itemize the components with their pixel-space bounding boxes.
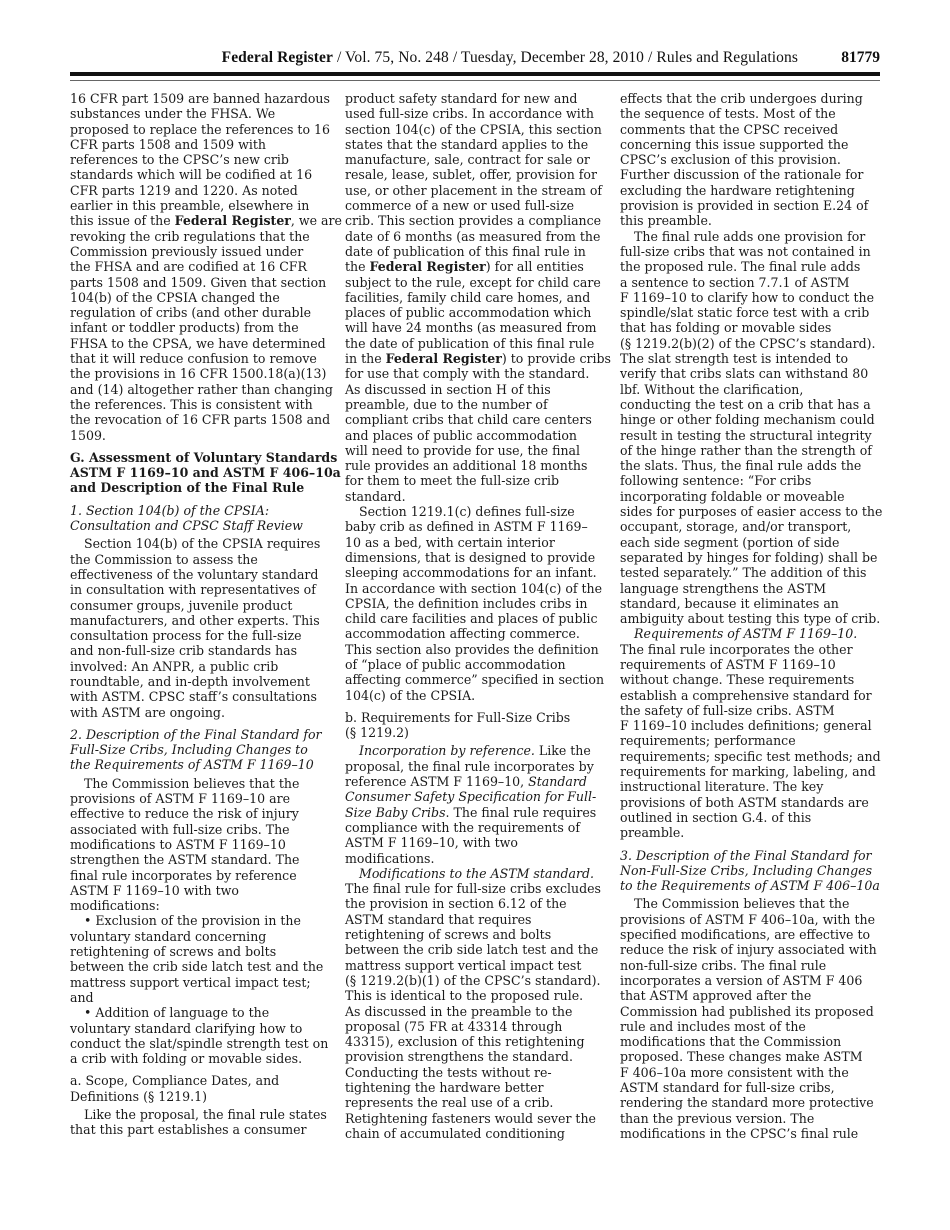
text-line: incorporating foldable or moveable [620, 489, 882, 504]
text-line: Consumer Safety Specification for Full- [345, 789, 607, 804]
text-line: commerce of a new or used full-size [345, 198, 607, 213]
text-line: lbf. Without the clarification, [620, 382, 882, 397]
running-header: Federal Register / Vol. 75, No. 248 / Tu… [70, 49, 880, 69]
federal-register-ref: Federal Register [386, 351, 502, 366]
paragraph-cfr-references: 16 CFR part 1509 are banned hazardoussub… [70, 91, 332, 443]
subsection-heading-2: 2. Description of the Final Standard for… [70, 727, 332, 773]
text-line: Full-Size Cribs, Including Changes to [70, 742, 332, 757]
text-line: spindle/slat static force test with a cr… [620, 305, 882, 320]
text-line: for them to meet the full-size crib [345, 473, 607, 488]
text-line: The final rule incorporates the other [620, 642, 882, 657]
header-rule-thin [70, 80, 880, 81]
text-line: requirements of ASTM F 1169–10 [620, 657, 882, 672]
text-line: The Commission believes that the [70, 776, 332, 791]
text-line: 10 as a bed, with certain interior [345, 535, 607, 550]
run-in-heading: Incorporation by reference. [359, 743, 535, 758]
text-line: Like the proposal, the final rule states [70, 1107, 332, 1122]
text-line: and non-full-size crib standards has [70, 643, 332, 658]
text-line: 1. Section 104(b) of the CPSIA: [70, 503, 332, 518]
text-line: Conducting the tests without re- [345, 1065, 607, 1080]
text-line: affecting commerce” specified in section [345, 672, 607, 687]
text-line: earlier in this preamble, elsewhere in [70, 198, 332, 213]
paragraph-requirements-f1169: Requirements of ASTM F 1169–10. The fina… [620, 626, 882, 840]
issue-date: Tuesday, December 28, 2010 [461, 49, 644, 66]
text-line: reference ASTM F 1169–10, Standard [345, 774, 607, 789]
text-line: requirements; specific test methods; and [620, 749, 882, 764]
federal-register-ref: Federal Register [370, 259, 486, 274]
paragraph-commission-believes: The Commission believes that theprovisio… [70, 776, 332, 914]
text-line: a. Scope, Compliance Dates, and [70, 1073, 332, 1088]
column-3: effects that the crib undergoes duringth… [620, 91, 882, 1141]
text-line: mattress support vertical impact test [345, 958, 607, 973]
text-line: voluntary standard clarifying how to [70, 1021, 332, 1036]
text-line: the references. This is consistent with [70, 397, 332, 412]
text-line: modifications to ASTM F 1169–10 [70, 837, 332, 852]
text-line: compliant cribs that child care centers [345, 412, 607, 427]
text-line: the provisions in 16 CFR 1500.18(a)(13) [70, 366, 332, 381]
text-line: As discussed in the preamble to the [345, 1004, 607, 1019]
text-line: and (14) altogether rather than changing [70, 382, 332, 397]
text-line: Section 1219.1(c) defines full-size [345, 504, 607, 519]
text-line: references to the CPSC’s new crib [70, 152, 332, 167]
text-line: subject to the rule, except for child ca… [345, 275, 607, 290]
text-line: proposed to replace the references to 16 [70, 122, 332, 137]
text-line: establish a comprehensive standard for [620, 688, 882, 703]
paragraph-modifications: Modifications to the ASTM standard. The … [345, 866, 607, 1141]
text-line: to the Requirements of ASTM F 406–10a [620, 878, 882, 893]
text-line: verify that cribs slats can withstand 80 [620, 366, 882, 381]
paragraph-section-104b: Section 104(b) of the CPSIA requiresthe … [70, 536, 332, 720]
text-line: In accordance with section 104(c) of the [345, 581, 607, 596]
text-line: The slat strength test is intended to [620, 351, 882, 366]
text-line: rule and includes most of the [620, 1019, 882, 1034]
text-line: the Requirements of ASTM F 1169–10 [70, 757, 332, 772]
text-line: result in testing the structural integri… [620, 428, 882, 443]
text-line: sleeping accommodations for an infant. [345, 565, 607, 580]
text-line: sides for purposes of easier access to t… [620, 504, 882, 519]
text-line: ASTM standard that requires [345, 912, 607, 927]
text-line: Non-Full-Size Cribs, Including Changes [620, 863, 882, 878]
text-line: the provision in section 6.12 of the [345, 896, 607, 911]
text-line: reduce the risk of injury associated wit… [620, 942, 882, 957]
text-line: and Description of the Final Rule [70, 480, 332, 495]
section-name: Rules and Regulations [656, 49, 798, 66]
text-line: the slats. Thus, the final rule adds the [620, 458, 882, 473]
text-line: the FHSA and are codified at 16 CFR [70, 259, 332, 274]
text-line: Retightening fasteners would sever the [345, 1111, 607, 1126]
text-line: proposal, the final rule incorporates by [345, 759, 607, 774]
text-line: effects that the crib undergoes during [620, 91, 882, 106]
text-line: comments that the CPSC received [620, 122, 882, 137]
text-line: ASTM F 1169–10 and ASTM F 406–10a [70, 465, 332, 480]
text-line: (§ 1219.2) [345, 725, 607, 740]
text-line: that this part establishes a consumer [70, 1122, 332, 1137]
text-line: compliance with the requirements of [345, 820, 607, 835]
text-line: strengthen the ASTM standard. The [70, 852, 332, 867]
paragraph-f406: The Commission believes that theprovisio… [620, 896, 882, 1141]
text-line: Requirements of ASTM F 1169–10. [620, 626, 882, 641]
text-line: preamble, due to the number of [345, 397, 607, 412]
column-1: 16 CFR part 1509 are banned hazardoussub… [70, 91, 332, 1138]
text-line: ambiguity about testing this type of cri… [620, 611, 882, 626]
text-line: provisions of ASTM F 1169–10 are [70, 791, 332, 806]
text-line: section 104(c) of the CPSIA, this sectio… [345, 122, 607, 137]
text-line: ASTM F 1169–10 with two [70, 883, 332, 898]
text-line: parts 1508 and 1509. Given that section [70, 275, 332, 290]
text-line: will have 24 months (as measured from [345, 320, 607, 335]
text-line: standard. [345, 489, 607, 504]
text-line: Commission previously issued under [70, 244, 332, 259]
subsection-heading-3: 3. Description of the Final Standard for… [620, 848, 882, 894]
text-line: • Exclusion of the provision in the [70, 913, 332, 928]
text-line: dimensions, that is designed to provide [345, 550, 607, 565]
text-line: provision is provided in section E.24 of [620, 198, 882, 213]
text-line: FHSA to the CPSA, we have determined [70, 336, 332, 351]
text-line: CPSIA, the definition includes cribs in [345, 596, 607, 611]
text-line: b. Requirements for Full-Size Cribs [345, 710, 607, 725]
text-line: modifications: [70, 898, 332, 913]
text-line: non-full-size cribs. The final rule [620, 958, 882, 973]
page-number: 81779 [841, 49, 880, 67]
text-line: between the crib side latch test and the [345, 942, 607, 957]
section-heading-g: G. Assessment of Voluntary StandardsASTM… [70, 450, 332, 496]
text-line: that has folding or movable sides [620, 320, 882, 335]
text-line: tested separately.” The addition of this [620, 565, 882, 580]
run-in-heading: Requirements of ASTM F 1169–10. [634, 626, 857, 641]
text-line: with ASTM. CPSC staff’s consultations [70, 689, 332, 704]
text-line: states that the standard applies to the [345, 137, 607, 152]
text-line: that it will reduce confusion to remove [70, 351, 332, 366]
text-line: in consultation with representatives of [70, 582, 332, 597]
text-line: (§ 1219.2(b)(2) of the CPSC’s standard). [620, 336, 882, 351]
text-line: Commission had published its proposed [620, 1004, 882, 1019]
text-line: requirements; performance [620, 733, 882, 748]
text-line: CFR parts 1219 and 1220. As noted [70, 183, 332, 198]
text-line: a crib with folding or movable sides. [70, 1051, 332, 1066]
text-line: this preamble. [620, 213, 882, 228]
text-line: and [70, 990, 332, 1005]
text-line: modifications in the CPSC’s final rule [620, 1126, 882, 1141]
text-line: effective to reduce the risk of injury [70, 806, 332, 821]
text-line: 3. Description of the Final Standard for [620, 848, 882, 863]
text-line: 43315), exclusion of this retightening [345, 1034, 607, 1049]
text-line: hinge or other folding mechanism could [620, 412, 882, 427]
text-line: conduct the slat/spindle strength test o… [70, 1036, 332, 1051]
text-line: mattress support vertical impact test; [70, 975, 332, 990]
text-line: and places of public accommodation [345, 428, 607, 443]
text-line: manufacture, sale, contract for sale or [345, 152, 607, 167]
text-line: F 1169–10 includes definitions; general [620, 718, 882, 733]
text-line: 16 CFR part 1509 are banned hazardous [70, 91, 332, 106]
text-line: occupant, storage, and/or transport, [620, 519, 882, 534]
text-line: final rule incorporates by reference [70, 868, 332, 883]
text-line: CPSC’s exclusion of this provision. [620, 152, 882, 167]
text-line: language strengthens the ASTM [620, 581, 882, 596]
text-line: the date of publication of this final ru… [345, 336, 607, 351]
text-line: The Commission believes that the [620, 896, 882, 911]
text-line: (§ 1219.2(b)(1) of the CPSC’s standard). [345, 973, 607, 988]
text-line: rule provides an additional 18 months [345, 458, 607, 473]
text-line: chain of accumulated conditioning [345, 1126, 607, 1141]
federal-register-ref: Federal Register [175, 213, 291, 228]
text-line: consultation process for the full-size [70, 628, 332, 643]
text-line: between the crib side latch test and the [70, 959, 332, 974]
text-line: date of publication of this final rule i… [345, 244, 607, 259]
text-line: standard, because it eliminates an [620, 596, 882, 611]
text-line: the Federal Register) for all entities [345, 259, 607, 274]
text-line: Section 104(b) of the CPSIA requires [70, 536, 332, 551]
text-line: 1509. [70, 428, 332, 443]
text-line: effectiveness of the voluntary standard [70, 567, 332, 582]
text-line: facilities, family child care homes, and [345, 290, 607, 305]
text-line: 104(c) of the CPSIA. [345, 688, 607, 703]
paragraph-incorporation: Incorporation by reference. Like the pro… [345, 743, 607, 865]
subsection-heading-a: a. Scope, Compliance Dates, andDefinitio… [70, 1073, 332, 1104]
text-line: The final rule adds one provision for [620, 229, 882, 244]
text-line: Modifications to the ASTM standard. [345, 866, 607, 881]
paragraph-accumulated-effects: effects that the crib undergoes duringth… [620, 91, 882, 229]
text-line: voluntary standard concerning [70, 929, 332, 944]
bullet-addition: • Addition of language to thevoluntary s… [70, 1005, 332, 1066]
publication-name: Federal Register [222, 49, 333, 66]
paragraph-section-1219-1c: Section 1219.1(c) defines full-sizebaby … [345, 504, 607, 703]
text-line: the revocation of 16 CFR parts 1508 and [70, 412, 332, 427]
text-line: regulation of cribs (and other durable [70, 305, 332, 320]
subsection-heading-1: 1. Section 104(b) of the CPSIA:Consultat… [70, 503, 332, 534]
text-line: standards which will be codified at 16 [70, 167, 332, 182]
text-line: Definitions (§ 1219.1) [70, 1089, 332, 1104]
text-line: involved: An ANPR, a public crib [70, 659, 332, 674]
text-line: without change. These requirements [620, 672, 882, 687]
text-line: • Addition of language to the [70, 1005, 332, 1020]
volume-issue: Vol. 75, No. 248 [345, 49, 449, 66]
text-line: roundtable, and in-depth involvement [70, 674, 332, 689]
text-line: baby crib as defined in ASTM F 1169– [345, 519, 607, 534]
text-line: ASTM standard for full-size cribs, [620, 1080, 882, 1095]
text-line: incorporates a version of ASTM F 406 [620, 973, 882, 988]
text-line: provisions of ASTM F 406–10a, with the [620, 912, 882, 927]
text-line: full-size cribs that was not contained i… [620, 244, 882, 259]
text-line: child care facilities and places of publ… [345, 611, 607, 626]
text-line: instructional literature. The key [620, 779, 882, 794]
text-line: places of public accommodation which [345, 305, 607, 320]
text-line: the proposed rule. The final rule adds [620, 259, 882, 274]
text-line: crib. This section provides a compliance [345, 213, 607, 228]
subsection-heading-b: b. Requirements for Full-Size Cribs(§ 12… [345, 710, 607, 741]
text-line: Further discussion of the rationale for [620, 167, 882, 182]
text-line: product safety standard for new and [345, 91, 607, 106]
text-line: outlined in section G.4. of this [620, 810, 882, 825]
text-line: resale, lease, sublet, offer, provision … [345, 167, 607, 182]
text-line: modifications that the Commission [620, 1034, 882, 1049]
text-line: consumer groups, juvenile product [70, 598, 332, 613]
text-line: use, or other placement in the stream of [345, 183, 607, 198]
text-line: in the Federal Register) to provide crib… [345, 351, 607, 366]
text-line: for use that comply with the standard. [345, 366, 607, 381]
text-line: represents the real use of a crib. [345, 1095, 607, 1110]
text-line: 104(b) of the CPSIA changed the [70, 290, 332, 305]
text-line: a sentence to section 7.7.1 of ASTM [620, 275, 882, 290]
text-line: each side segment (portion of side [620, 535, 882, 550]
text-line: preamble. [620, 825, 882, 840]
text-line: modifications. [345, 851, 607, 866]
text-line: following sentence: “For cribs [620, 473, 882, 488]
text-line: G. Assessment of Voluntary Standards [70, 450, 332, 465]
bullet-exclusion: • Exclusion of the provision in thevolun… [70, 913, 332, 1005]
header-citation: Federal Register / Vol. 75, No. 248 / Tu… [222, 49, 798, 67]
text-line: CFR parts 1508 and 1509 with [70, 137, 332, 152]
header-rule-thick [70, 72, 880, 76]
text-line: the sequence of tests. Most of the [620, 106, 882, 121]
text-line: provisions of both ASTM standards are [620, 795, 882, 810]
text-line: of the hinge rather than the strength of [620, 443, 882, 458]
text-line: concerning this issue supported the [620, 137, 882, 152]
text-line: rendering the standard more protective [620, 1095, 882, 1110]
text-line: This section also provides the definitio… [345, 642, 607, 657]
text-line: proposal (75 FR at 43314 through [345, 1019, 607, 1034]
text-line: proposed. These changes make ASTM [620, 1049, 882, 1064]
paragraph-scope: product safety standard for new andused … [345, 91, 607, 504]
text-line: this issue of the Federal Register, we a… [70, 213, 332, 228]
text-line: retightening of screws and bolts [70, 944, 332, 959]
text-line: substances under the FHSA. We [70, 106, 332, 121]
text-line: excluding the hardware retightening [620, 183, 882, 198]
text-line: the Commission to assess the [70, 552, 332, 567]
text-line: of “place of public accommodation [345, 657, 607, 672]
text-line: As discussed in section H of this [345, 382, 607, 397]
text-line: ASTM F 1169–10, with two [345, 835, 607, 850]
text-line: accommodation affecting commerce. [345, 626, 607, 641]
text-line: infant or toddler products) from the [70, 320, 332, 335]
text-line: that ASTM approved after the [620, 988, 882, 1003]
text-line: conducting the test on a crib that has a [620, 397, 882, 412]
text-line: requirements for marking, labeling, and [620, 764, 882, 779]
text-line: Size Baby Cribs. The final rule requires [345, 805, 607, 820]
paragraph-final-rule-adds: The final rule adds one provision forful… [620, 229, 882, 627]
text-line: will need to provide for use, the final [345, 443, 607, 458]
text-line: tightening the hardware better [345, 1080, 607, 1095]
text-line: revoking the crib regulations that the [70, 229, 332, 244]
text-line: 2. Description of the Final Standard for [70, 727, 332, 742]
text-line: specified modifications, are effective t… [620, 927, 882, 942]
column-2: product safety standard for new andused … [345, 91, 607, 1141]
text-line: manufacturers, and other experts. This [70, 613, 332, 628]
text-line: retightening of screws and bolts [345, 927, 607, 942]
text-line: This is identical to the proposed rule. [345, 988, 607, 1003]
text-line: associated with full-size cribs. The [70, 822, 332, 837]
text-line: date of 6 months (as measured from the [345, 229, 607, 244]
text-line: separated by hinges for folding) shall b… [620, 550, 882, 565]
text-line: F 406–10a more consistent with the [620, 1065, 882, 1080]
text-line: than the previous version. The [620, 1111, 882, 1126]
text-line: Incorporation by reference. Like the [345, 743, 607, 758]
run-in-heading: Modifications to the ASTM standard. [359, 866, 594, 881]
text-line: provision strengthens the standard. [345, 1049, 607, 1064]
text-line: F 1169–10 to clarify how to conduct the [620, 290, 882, 305]
text-line: with ASTM are ongoing. [70, 705, 332, 720]
text-line: The final rule for full-size cribs exclu… [345, 881, 607, 896]
text-line: used full-size cribs. In accordance with [345, 106, 607, 121]
text-line: the safety of full-size cribs. ASTM [620, 703, 882, 718]
text-line: Consultation and CPSC Staff Review [70, 518, 332, 533]
paragraph-like-the-proposal: Like the proposal, the final rule states… [70, 1107, 332, 1138]
